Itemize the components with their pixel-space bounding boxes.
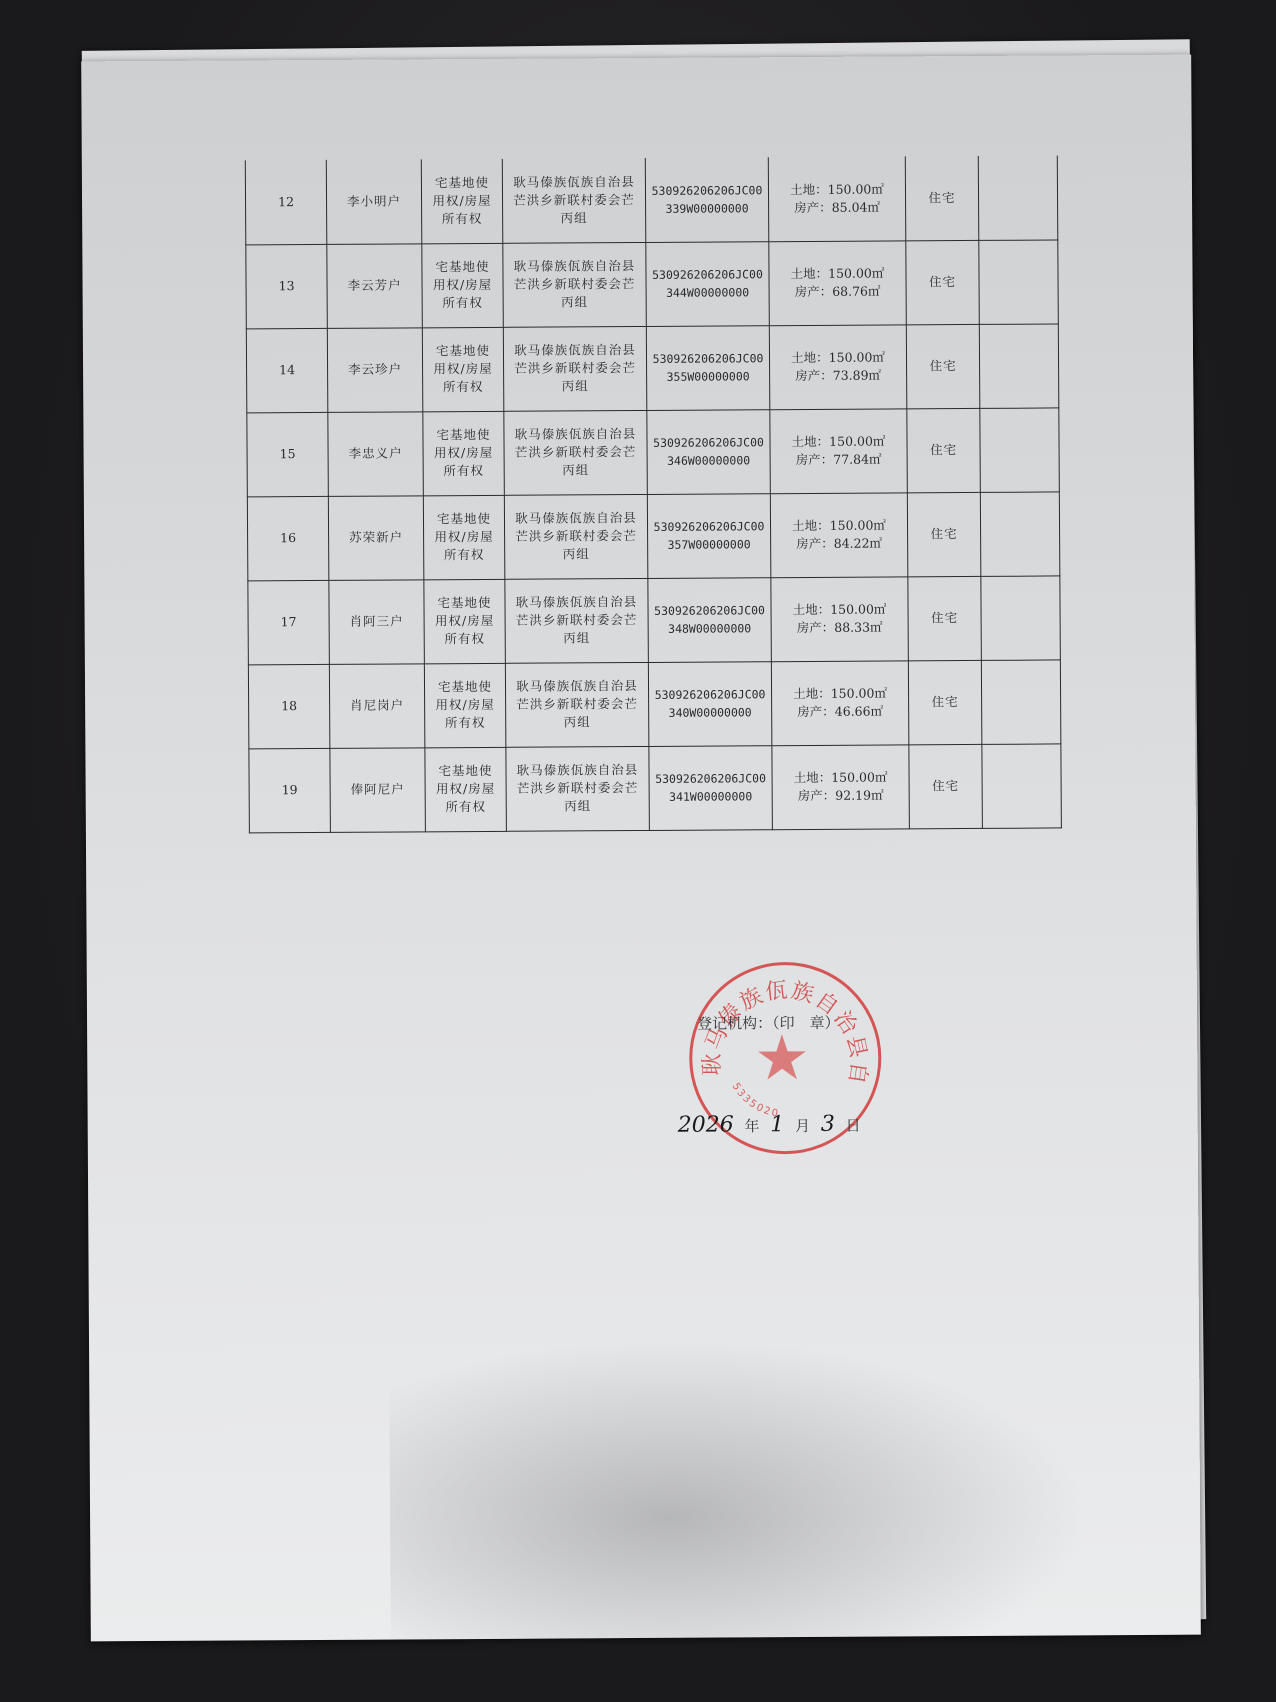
use-type: 住宅 <box>932 694 959 709</box>
use-type: 住宅 <box>931 610 958 625</box>
row-number: 16 <box>280 530 296 545</box>
cell-unit-code: 530926206206JC00339W00000000 <box>645 157 769 242</box>
house-area: 房产：84.22㎡ <box>771 534 907 553</box>
house-area: 房产：88.33㎡ <box>772 618 908 637</box>
cell-number: 13 <box>246 244 328 328</box>
row-number: 17 <box>281 614 297 629</box>
cell-unit-code: 530926206206JC00357W00000000 <box>647 493 771 578</box>
cell-owner: 肖尼岗户 <box>329 663 425 748</box>
cell-number: 19 <box>249 748 331 832</box>
table-row: 15李忠义户宅基地使用权/房屋所有权耿马傣族佤族自治县芒洪乡新联村委会芒丙组53… <box>247 407 1059 496</box>
location: 耿马傣族佤族自治县芒洪乡新联村委会芒丙组 <box>509 173 639 228</box>
registration-table: 12李小明户宅基地使用权/房屋所有权耿马傣族佤族自治县芒洪乡新联村委会芒丙组53… <box>245 155 1062 832</box>
cell-owner: 苏荣新户 <box>328 495 424 580</box>
unit-code: 530926206206JC00344W00000000 <box>651 265 763 302</box>
cell-owner: 俸阿尼户 <box>330 747 426 832</box>
cell-location: 耿马傣族佤族自治县芒洪乡新联村委会芒丙组 <box>505 578 649 663</box>
date-month-handwritten: 1 <box>770 1112 784 1137</box>
location: 耿马傣族佤族自治县芒洪乡新联村委会芒丙组 <box>511 593 641 648</box>
use-type: 住宅 <box>930 442 957 457</box>
date-day-handwritten: 3 <box>821 1112 835 1137</box>
seal-and-date-block: 耿马傣族佤族自治县自然资源局 5335020 ★ 登记机构：（印 章） 2026… <box>607 961 938 1163</box>
date-year-handwritten: 2026 <box>678 1112 734 1137</box>
location: 耿马傣族佤族自治县芒洪乡新联村委会芒丙组 <box>512 761 642 816</box>
unit-code: 530926206206JC00341W00000000 <box>655 769 767 806</box>
cell-note <box>979 323 1059 407</box>
location: 耿马傣族佤族自治县芒洪乡新联村委会芒丙组 <box>512 677 642 732</box>
cell-use: 住宅 <box>909 744 983 828</box>
cell-right-type: 宅基地使用权/房屋所有权 <box>423 495 505 579</box>
table-row: 17肖阿三户宅基地使用权/房屋所有权耿马傣族佤族自治县芒洪乡新联村委会芒丙组53… <box>248 575 1060 664</box>
right-type: 宅基地使用权/房屋所有权 <box>429 258 495 312</box>
use-type: 住宅 <box>928 190 955 205</box>
cell-use: 住宅 <box>907 408 981 492</box>
right-type: 宅基地使用权/房屋所有权 <box>431 510 497 564</box>
table-row: 12李小明户宅基地使用权/房屋所有权耿马傣族佤族自治县芒洪乡新联村委会芒丙组53… <box>245 155 1057 244</box>
land-area: 土地：150.00㎡ <box>772 684 908 703</box>
registration-office-label: 登记机构：（印 章） <box>697 1012 840 1034</box>
cell-note <box>982 743 1062 827</box>
seal-star-icon: ★ <box>754 1027 810 1089</box>
land-area: 土地：150.00㎡ <box>773 768 909 787</box>
cell-number: 14 <box>246 328 328 412</box>
cell-owner: 肖阿三户 <box>329 579 425 664</box>
cell-area: 土地：150.00㎡房产：85.04㎡ <box>768 156 906 241</box>
table-row: 19俸阿尼户宅基地使用权/房屋所有权耿马傣族佤族自治县芒洪乡新联村委会芒丙组53… <box>249 743 1061 832</box>
row-number: 18 <box>281 698 297 713</box>
row-number: 14 <box>279 362 295 377</box>
cell-location: 耿马傣族佤族自治县芒洪乡新联村委会芒丙组 <box>504 494 648 579</box>
land-area: 土地：150.00㎡ <box>769 180 905 199</box>
cell-number: 18 <box>248 664 330 748</box>
cell-use: 住宅 <box>908 576 982 660</box>
row-number: 13 <box>279 278 295 293</box>
table-row: 13李云芳户宅基地使用权/房屋所有权耿马傣族佤族自治县芒洪乡新联村委会芒丙组53… <box>246 239 1058 328</box>
right-type: 宅基地使用权/房屋所有权 <box>429 174 495 228</box>
cell-use: 住宅 <box>906 324 980 408</box>
use-type: 住宅 <box>929 358 956 373</box>
cell-owner: 李云珍户 <box>327 327 423 412</box>
owner-name: 李云芳户 <box>347 277 401 292</box>
signing-date: 2026 年 1 月 3 日 <box>678 1112 867 1138</box>
owner-name: 肖阿三户 <box>350 613 404 628</box>
unit-code: 530926206206JC00357W00000000 <box>653 517 765 554</box>
cell-location: 耿马傣族佤族自治县芒洪乡新联村委会芒丙组 <box>505 662 649 747</box>
cell-note <box>981 659 1061 743</box>
right-type: 宅基地使用权/房屋所有权 <box>430 426 496 480</box>
row-number: 15 <box>280 446 296 461</box>
house-area: 房产：46.66㎡ <box>772 702 908 721</box>
row-number: 12 <box>278 194 294 209</box>
owner-name: 肖尼岗户 <box>350 697 404 712</box>
cell-area: 土地：150.00㎡房产：68.76㎡ <box>769 240 907 325</box>
unit-code: 530926206206JC00340W00000000 <box>654 685 766 722</box>
use-type: 住宅 <box>931 526 958 541</box>
location: 耿马傣族佤族自治县芒洪乡新联村委会芒丙组 <box>510 341 640 396</box>
cell-right-type: 宅基地使用权/房屋所有权 <box>422 243 504 327</box>
owner-name: 李忠义户 <box>349 445 403 460</box>
cell-use: 住宅 <box>906 240 980 324</box>
cell-right-type: 宅基地使用权/房屋所有权 <box>425 747 507 831</box>
unit-code: 530926206206JC00339W00000000 <box>651 181 763 218</box>
cell-unit-code: 530926206206JC00340W00000000 <box>648 661 772 746</box>
table-row: 14李云珍户宅基地使用权/房屋所有权耿马傣族佤族自治县芒洪乡新联村委会芒丙组53… <box>246 323 1058 412</box>
owner-name: 李小明户 <box>347 193 401 208</box>
cell-right-type: 宅基地使用权/房屋所有权 <box>424 663 506 747</box>
cell-note <box>981 575 1061 659</box>
land-area: 土地：150.00㎡ <box>771 600 907 619</box>
cell-use: 住宅 <box>905 156 979 240</box>
cell-location: 耿马傣族佤族自治县芒洪乡新联村委会芒丙组 <box>504 410 648 495</box>
use-type: 住宅 <box>929 274 956 289</box>
cell-unit-code: 530926206206JC00341W00000000 <box>649 745 773 830</box>
date-year-suffix: 年 <box>744 1117 759 1135</box>
cell-use: 住宅 <box>907 492 981 576</box>
location: 耿马傣族佤族自治县芒洪乡新联村委会芒丙组 <box>510 425 640 480</box>
land-area: 土地：150.00㎡ <box>771 516 907 535</box>
house-area: 房产：92.19㎡ <box>773 786 909 805</box>
owner-name: 苏荣新户 <box>349 529 403 544</box>
cell-area: 土地：150.00㎡房产：84.22㎡ <box>770 492 908 577</box>
unit-code: 530926206206JC00355W00000000 <box>652 349 764 386</box>
cell-owner: 李忠义户 <box>328 411 424 496</box>
cell-number: 16 <box>247 496 329 580</box>
cell-owner: 李小明户 <box>326 159 422 244</box>
cell-area: 土地：150.00㎡房产：92.19㎡ <box>772 744 910 829</box>
land-area: 土地：150.00㎡ <box>769 264 905 283</box>
cell-right-type: 宅基地使用权/房屋所有权 <box>421 159 503 243</box>
right-type: 宅基地使用权/房屋所有权 <box>430 342 496 396</box>
cell-unit-code: 530926206206JC00344W00000000 <box>646 241 770 326</box>
cell-location: 耿马傣族佤族自治县芒洪乡新联村委会芒丙组 <box>503 326 647 411</box>
house-area: 房产：68.76㎡ <box>770 282 906 301</box>
row-number: 19 <box>282 782 298 797</box>
location: 耿马傣族佤族自治县芒洪乡新联村委会芒丙组 <box>511 509 641 564</box>
cell-area: 土地：150.00㎡房产：46.66㎡ <box>771 660 909 745</box>
owner-name: 俸阿尼户 <box>351 781 405 796</box>
land-area: 土地：150.00㎡ <box>770 432 906 451</box>
unit-code: 530926206206JC00348W00000000 <box>653 601 765 638</box>
cell-number: 17 <box>248 580 330 664</box>
house-area: 房产：77.84㎡ <box>771 450 907 469</box>
owner-name: 李云珍户 <box>348 361 402 376</box>
cell-note <box>980 407 1060 491</box>
cell-area: 土地：150.00㎡房产：88.33㎡ <box>771 576 909 661</box>
cell-right-type: 宅基地使用权/房屋所有权 <box>424 579 506 663</box>
date-month-suffix: 月 <box>795 1117 810 1135</box>
cell-right-type: 宅基地使用权/房屋所有权 <box>422 327 504 411</box>
cell-note <box>978 155 1058 239</box>
cell-note <box>979 239 1059 323</box>
cell-unit-code: 530926206206JC00346W00000000 <box>647 409 771 494</box>
right-type: 宅基地使用权/房屋所有权 <box>431 594 497 648</box>
cell-area: 土地：150.00㎡房产：77.84㎡ <box>770 408 908 493</box>
cell-right-type: 宅基地使用权/房屋所有权 <box>423 411 505 495</box>
cell-owner: 李云芳户 <box>327 243 423 328</box>
use-type: 住宅 <box>932 778 959 793</box>
cell-use: 住宅 <box>908 660 982 744</box>
house-area: 房产：85.04㎡ <box>769 198 905 217</box>
right-type: 宅基地使用权/房屋所有权 <box>432 762 498 816</box>
right-type: 宅基地使用权/房屋所有权 <box>432 678 498 732</box>
cell-location: 耿马傣族佤族自治县芒洪乡新联村委会芒丙组 <box>502 158 646 243</box>
cell-unit-code: 530926206206JC00348W00000000 <box>648 577 772 662</box>
paper-shadow <box>389 1335 1091 1639</box>
location: 耿马傣族佤族自治县芒洪乡新联村委会芒丙组 <box>509 257 639 312</box>
cell-number: 12 <box>245 160 327 244</box>
land-area: 土地：150.00㎡ <box>770 348 906 367</box>
cell-area: 土地：150.00㎡房产：73.89㎡ <box>769 324 907 409</box>
house-area: 房产：73.89㎡ <box>770 366 906 385</box>
cell-location: 耿马傣族佤族自治县芒洪乡新联村委会芒丙组 <box>506 746 650 831</box>
cell-unit-code: 530926206206JC00355W00000000 <box>646 325 770 410</box>
document-page: 12李小明户宅基地使用权/房屋所有权耿马傣族佤族自治县芒洪乡新联村委会芒丙组53… <box>81 55 1201 1642</box>
unit-code: 530926206206JC00346W00000000 <box>652 433 764 470</box>
cell-note <box>980 491 1060 575</box>
date-day-suffix: 日 <box>846 1117 861 1135</box>
cell-location: 耿马傣族佤族自治县芒洪乡新联村委会芒丙组 <box>503 242 647 327</box>
cell-number: 15 <box>247 412 329 496</box>
table-row: 16苏荣新户宅基地使用权/房屋所有权耿马傣族佤族自治县芒洪乡新联村委会芒丙组53… <box>247 491 1059 580</box>
table-row: 18肖尼岗户宅基地使用权/房屋所有权耿马傣族佤族自治县芒洪乡新联村委会芒丙组53… <box>248 659 1060 748</box>
